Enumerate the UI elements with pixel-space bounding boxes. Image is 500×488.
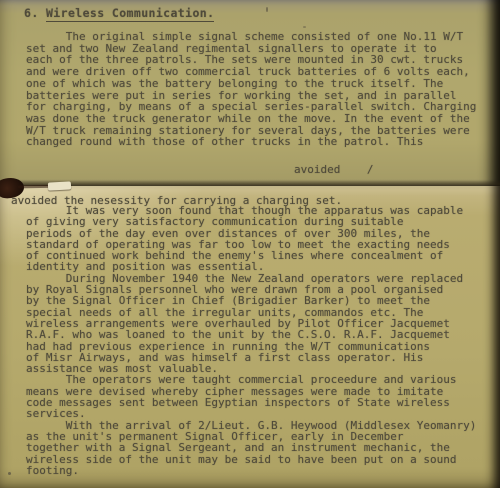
page-junction-shadow — [0, 180, 500, 186]
paper-speck — [266, 7, 268, 12]
heading-spacer — [39, 6, 46, 20]
paper-chip — [48, 181, 71, 190]
section-heading: 6. Wireless Communication. — [24, 6, 214, 20]
document-scan: { "colors": { "paper_top": "#b0a76d", "p… — [0, 0, 500, 488]
page1-paragraph: The original simple signal scheme consis… — [26, 31, 476, 148]
scan-page-1: 6. Wireless Communication. The original … — [0, 0, 500, 186]
paper-speck — [8, 472, 11, 475]
page2-paragraphs: It was very soon found that though the a… — [26, 205, 476, 476]
paper-speck — [303, 26, 306, 28]
section-number: 6. — [24, 6, 39, 20]
turn-catchword: avoided / — [294, 163, 373, 176]
page-title: Wireless Communication. — [46, 6, 214, 22]
